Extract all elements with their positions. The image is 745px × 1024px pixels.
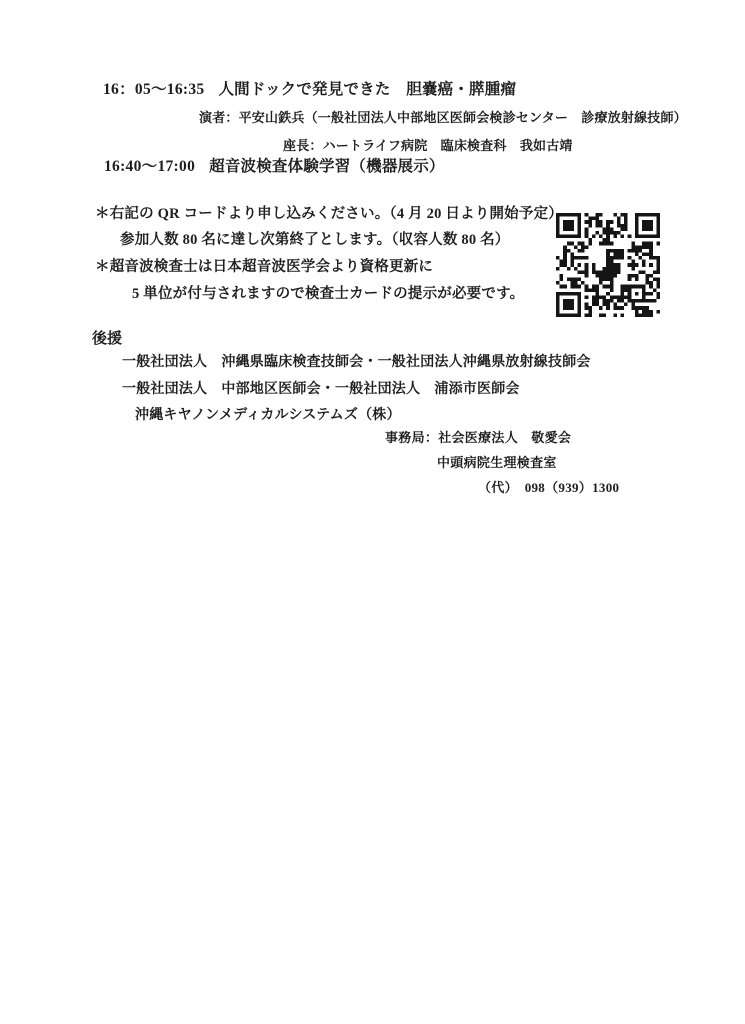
- note-credit-points: 5 単位が付与されますので検査士カードの提示が必要です。: [132, 286, 524, 303]
- sponsor-line: 一般社団法人 中部地区医師会・一般社団法人 浦添市医師会: [122, 382, 520, 399]
- schedule-item: 16:40～17:00超音波検査体験学習（機器展示）: [104, 158, 445, 177]
- dino-icon: [556, 213, 660, 317]
- note-capacity: 参加人数 80 名に達し次第終了とします。（収容人数 80 名）: [120, 232, 510, 249]
- document-page: 16：05～16:35人間ドックで発見できた 胆嚢癌・膵腫瘤 演者：平安山鉄兵（…: [0, 0, 745, 1024]
- office-organization: 事務局：社会医療法人 敬愛会: [385, 430, 571, 446]
- sponsors-heading: 後援: [92, 330, 122, 348]
- schedule-item: 16：05～16:35人間ドックで発見できた 胆嚢癌・膵腫瘤: [103, 81, 516, 100]
- office-phone: （代） 098（939）1300: [478, 480, 619, 496]
- session-title: 人間ドックで発見できた 胆嚢癌・膵腫瘤: [218, 81, 516, 98]
- qr-code-svg: [556, 213, 660, 317]
- sponsor-line: 一般社団法人 沖縄県臨床検査技師会・一般社団法人沖縄県放射線技師会: [122, 355, 591, 372]
- note-sonographer: ＊超音波検査士は日本超音波医学会より資格更新に: [95, 259, 433, 276]
- session-time: 16:40～17:00: [104, 158, 195, 175]
- qr-code: [556, 213, 660, 317]
- session-speaker: 演者：平安山鉄兵（一般社団法人中部地区医師会検診センター 診療放射線技師）: [199, 110, 687, 126]
- session-time: 16：05～16:35: [103, 81, 204, 98]
- session-title: 超音波検査体験学習（機器展示）: [209, 158, 445, 175]
- note-apply-qr: ＊右記の QR コードより申し込みください。（4 月 20 日より開始予定）: [95, 206, 563, 223]
- sponsor-line: 沖縄キヤノンメディカルシステムズ（株）: [135, 408, 401, 425]
- session-chair: 座長：ハートライフ病院 臨床検査科 我如古靖: [283, 138, 573, 154]
- office-department: 中頭病院生理検査室: [437, 455, 557, 471]
